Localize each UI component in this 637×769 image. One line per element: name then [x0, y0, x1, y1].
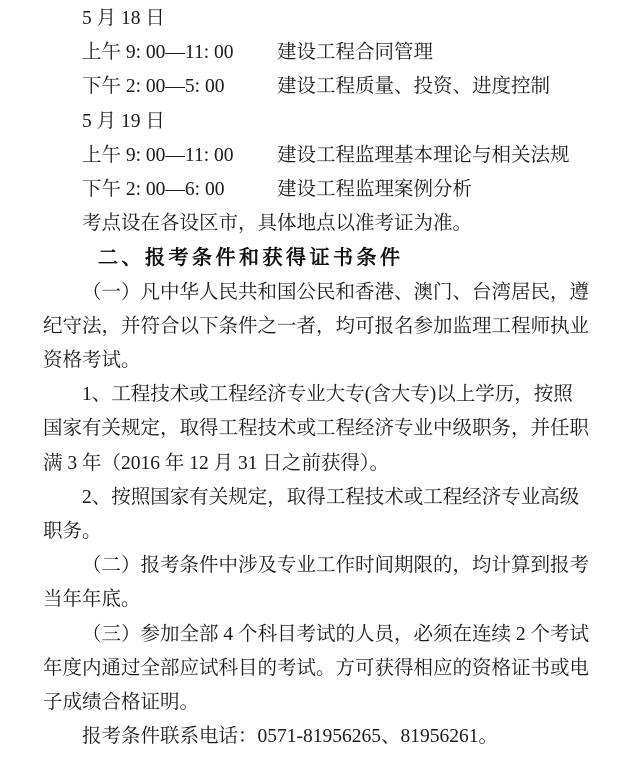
- session-time: 下午 2: 00—5: 00: [82, 70, 277, 104]
- exam-session-line: 下午 2: 00—5: 00建设工程质量、投资、进度控制: [43, 70, 627, 104]
- exam-location-note: 考点设在各设区市，具体地点以准考证为准。: [43, 207, 627, 241]
- condition-paragraph: 2、按照国家有关规定，取得工程技术或工程经济专业高级 职务。: [43, 481, 627, 549]
- exam-session-line: 上午 9: 00—11: 00建设工程合同管理: [43, 36, 627, 70]
- session-subject: 建设工程监理基本理论与相关法规: [277, 145, 570, 166]
- condition-paragraph: 1、工程技术或工程经济专业大专(含大专)以上学历，按照 国家有关规定，取得工程技…: [43, 378, 627, 481]
- exam-date-line: 5 月 18 日: [43, 2, 627, 36]
- session-time: 下午 2: 00—6: 00: [82, 173, 277, 207]
- condition-paragraph: （一）凡中华人民共和国公民和香港、澳门、台湾居民，遵 纪守法，并符合以下条件之一…: [43, 276, 627, 379]
- contact-phone-line: 报考条件联系电话：0571-81956265、81956261。: [43, 720, 627, 754]
- session-subject: 建设工程监理案例分析: [277, 179, 472, 200]
- exam-session-line: 下午 2: 00—6: 00建设工程监理案例分析: [43, 173, 627, 207]
- condition-paragraph: （二）报考条件中涉及专业工作时间期限的，均计算到报考 当年年底。: [43, 549, 627, 617]
- condition-paragraph: （三）参加全部 4 个科目考试的人员，必须在连续 2 个考试 年度内通过全部应试…: [43, 618, 627, 721]
- section-heading: 二、报考条件和获得证书条件: [43, 241, 627, 275]
- document-page: 5 月 18 日 上午 9: 00—11: 00建设工程合同管理 下午 2: 0…: [0, 0, 637, 769]
- exam-session-line: 上午 9: 00—11: 00建设工程监理基本理论与相关法规: [43, 139, 627, 173]
- session-subject: 建设工程合同管理: [277, 42, 433, 63]
- exam-date-line: 5 月 19 日: [43, 105, 627, 139]
- session-time: 上午 9: 00—11: 00: [82, 139, 277, 173]
- session-subject: 建设工程质量、投资、进度控制: [277, 76, 550, 97]
- session-time: 上午 9: 00—11: 00: [82, 36, 277, 70]
